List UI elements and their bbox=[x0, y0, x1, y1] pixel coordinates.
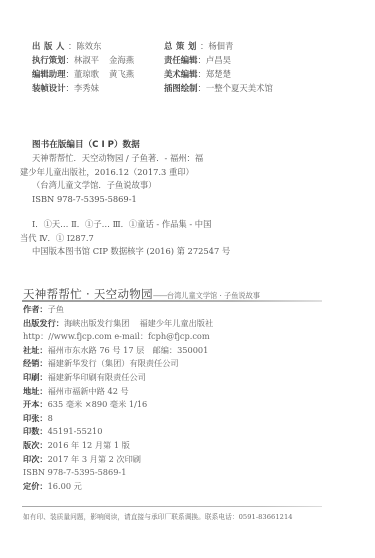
credit-name: 董琼歌 bbox=[74, 69, 99, 79]
cip-verification: 中国版本图书馆 CIP 数据核字 (2016) 第 272547 号 bbox=[20, 245, 240, 259]
info-value: 福建新华发行（集团）有限责任公司 bbox=[48, 358, 179, 368]
cip-line: 天神帮帮忙．天空动物园 / 子鱼著．- 福州：福 bbox=[20, 152, 240, 166]
info-sheets: 印张：8 bbox=[23, 412, 343, 426]
credit-art-editor: 美术编辑：郑楚楚 bbox=[164, 67, 231, 81]
info-printer-address: 地址：福州市福新中路 42 号 bbox=[23, 385, 343, 399]
publisher-name: 福建少年儿童出版社 bbox=[139, 318, 213, 328]
publication-info: 作者：子鱼 出版发行：海峡出版发行集团福建少年儿童出版社 http：//www.… bbox=[23, 303, 343, 493]
website-email[interactable]: http：//www.fjcp.com e-mail：fcph@fjcp.com bbox=[23, 331, 210, 341]
cip-classification: Ⅰ．①天… Ⅱ．①子… Ⅲ．①童话 - 作品集 - 中国 bbox=[20, 218, 240, 232]
credit-label: 责任编辑 bbox=[164, 53, 198, 67]
credit-row: 装帧设计：李秀妹 插图绘制：一整个夏天美术馆 bbox=[32, 81, 332, 95]
credit-name: 林淑平 bbox=[74, 55, 99, 65]
credit-row: 出版人：陈效东 总策划：杨佃青 bbox=[32, 39, 332, 53]
credit-label: 出版人 bbox=[32, 39, 68, 53]
publisher-group: 海峡出版发行集团 bbox=[64, 318, 130, 328]
info-distributor: 经销：福建新华发行（集团）有限责任公司 bbox=[23, 357, 343, 371]
credit-value: 李秀妹 bbox=[74, 83, 99, 93]
info-publisher: 出版发行：海峡出版发行集团福建少年儿童出版社 bbox=[23, 317, 343, 331]
info-label: 经销 bbox=[23, 358, 39, 368]
info-value: 45191-55210 bbox=[48, 426, 103, 436]
info-price: 定价：16.00 元 bbox=[23, 480, 343, 494]
credit-value: 卢昌昊 bbox=[206, 55, 231, 65]
info-value: 2016 年 12 月第 1 版 bbox=[48, 440, 130, 450]
cip-title: 图书在版编目（C I P）数据 bbox=[20, 138, 240, 152]
credit-value: 一整个夏天美术馆 bbox=[206, 83, 273, 93]
info-value: 福州市东水路 76 号 17 层 邮编：350001 bbox=[48, 345, 209, 355]
credit-value: 董琼歌黄飞燕 bbox=[74, 69, 134, 79]
credit-value: 陈效东 bbox=[76, 41, 101, 51]
credit-editorial-assistant: 编辑助理：董琼歌黄飞燕 bbox=[32, 67, 134, 81]
info-label: 印刷 bbox=[23, 372, 39, 382]
info-address: 社址：福州市东水路 76 号 17 层 邮编：350001 bbox=[23, 344, 343, 358]
credit-label: 执行策划 bbox=[32, 53, 66, 67]
info-label: 开本 bbox=[23, 399, 39, 409]
credit-binding-design: 装帧设计：李秀妹 bbox=[32, 81, 99, 95]
credit-illustration: 插图绘制：一整个夏天美术馆 bbox=[164, 81, 273, 95]
book-series: 台湾儿童文学馆 · 子鱼说故事 bbox=[167, 291, 260, 300]
info-value: 福州市福新中路 42 号 bbox=[48, 386, 129, 396]
credit-label: 美术编辑 bbox=[164, 67, 198, 81]
isbn: ISBN 978-7-5395-5869-1 bbox=[23, 467, 126, 477]
credit-row: 执行策划：林淑平金海燕 责任编辑：卢昌昊 bbox=[32, 53, 332, 67]
info-label: 出版发行 bbox=[23, 318, 56, 328]
info-value: 635 毫米 ×890 毫米 1/16 bbox=[48, 399, 148, 409]
credit-value: 林淑平金海燕 bbox=[74, 55, 134, 65]
credit-label: 插图绘制 bbox=[164, 81, 198, 95]
info-label: 印数 bbox=[23, 426, 39, 436]
credit-label: 装帧设计 bbox=[32, 81, 66, 95]
title-dash: —— bbox=[153, 291, 167, 300]
info-value: 2017 年 3 月第 2 次印刷 bbox=[48, 454, 141, 464]
info-label: 印次 bbox=[23, 454, 39, 464]
cip-line: 建少年儿童出版社，2016.12（2017.3 重印） bbox=[20, 166, 240, 180]
bottom-divider bbox=[22, 506, 322, 507]
info-printer: 印刷：福建新华印刷有限责任公司 bbox=[23, 371, 343, 385]
info-value: 8 bbox=[48, 413, 53, 423]
credit-publisher: 出版人：陈效东 bbox=[32, 39, 101, 53]
cip-data-block: 图书在版编目（C I P）数据 天神帮帮忙．天空动物园 / 子鱼著．- 福州：福… bbox=[20, 138, 240, 259]
cip-classification: 当代 Ⅳ．① I287.7 bbox=[20, 232, 240, 246]
credit-executive-planner: 执行策划：林淑平金海燕 bbox=[32, 53, 134, 67]
credit-label: 总策划 bbox=[164, 39, 200, 53]
info-format: 开本：635 毫米 ×890 毫米 1/16 bbox=[23, 398, 343, 412]
info-value: 福建新华印刷有限责任公司 bbox=[48, 372, 146, 382]
credit-value: 杨佃青 bbox=[208, 41, 233, 51]
info-web: http：//www.fjcp.com e-mail：fcph@fjcp.com bbox=[23, 330, 343, 344]
info-impression: 印次：2017 年 3 月第 2 次印刷 bbox=[23, 453, 343, 467]
info-label: 定价 bbox=[23, 481, 39, 491]
info-value: 子鱼 bbox=[48, 304, 64, 314]
info-label: 地址 bbox=[23, 386, 39, 396]
book-title: 天神帮帮忙 · 天空动物园 bbox=[23, 287, 153, 301]
credit-name: 金海燕 bbox=[109, 55, 134, 65]
info-label: 版次 bbox=[23, 440, 39, 450]
credit-chief-planner: 总策划：杨佃青 bbox=[164, 39, 233, 53]
credit-responsible-editor: 责任编辑：卢昌昊 bbox=[164, 53, 231, 67]
info-author: 作者：子鱼 bbox=[23, 303, 343, 317]
credit-label: 编辑助理 bbox=[32, 67, 66, 81]
cip-spacer bbox=[20, 206, 240, 218]
info-label: 社址 bbox=[23, 345, 39, 355]
credit-value: 郑楚楚 bbox=[206, 69, 231, 79]
credit-row: 编辑助理：董琼歌黄飞燕 美术编辑：郑楚楚 bbox=[32, 67, 332, 81]
credit-name: 黄飞燕 bbox=[109, 69, 134, 79]
info-isbn: ISBN 978-7-5395-5869-1 bbox=[23, 466, 343, 480]
cip-line: （台湾儿童文学馆．子鱼说故事） bbox=[20, 179, 240, 193]
info-value: 16.00 元 bbox=[48, 481, 82, 491]
info-edition: 版次：2016 年 12 月第 1 版 bbox=[23, 439, 343, 453]
title-divider bbox=[22, 300, 322, 302]
quality-notice: 如有印、装质量问题，影响阅读，请直接与承印厂联系调换。联系电话：0591-836… bbox=[23, 511, 293, 521]
info-value: 海峡出版发行集团福建少年儿童出版社 bbox=[64, 318, 213, 328]
staff-credits: 出版人：陈效东 总策划：杨佃青 执行策划：林淑平金海燕 责任编辑：卢昌昊 编辑助… bbox=[32, 39, 332, 95]
cip-isbn: ISBN 978-7-5395-5869-1 bbox=[20, 193, 240, 207]
info-label: 印张 bbox=[23, 413, 39, 423]
info-label: 作者 bbox=[23, 304, 39, 314]
info-print-run: 印数：45191-55210 bbox=[23, 425, 343, 439]
